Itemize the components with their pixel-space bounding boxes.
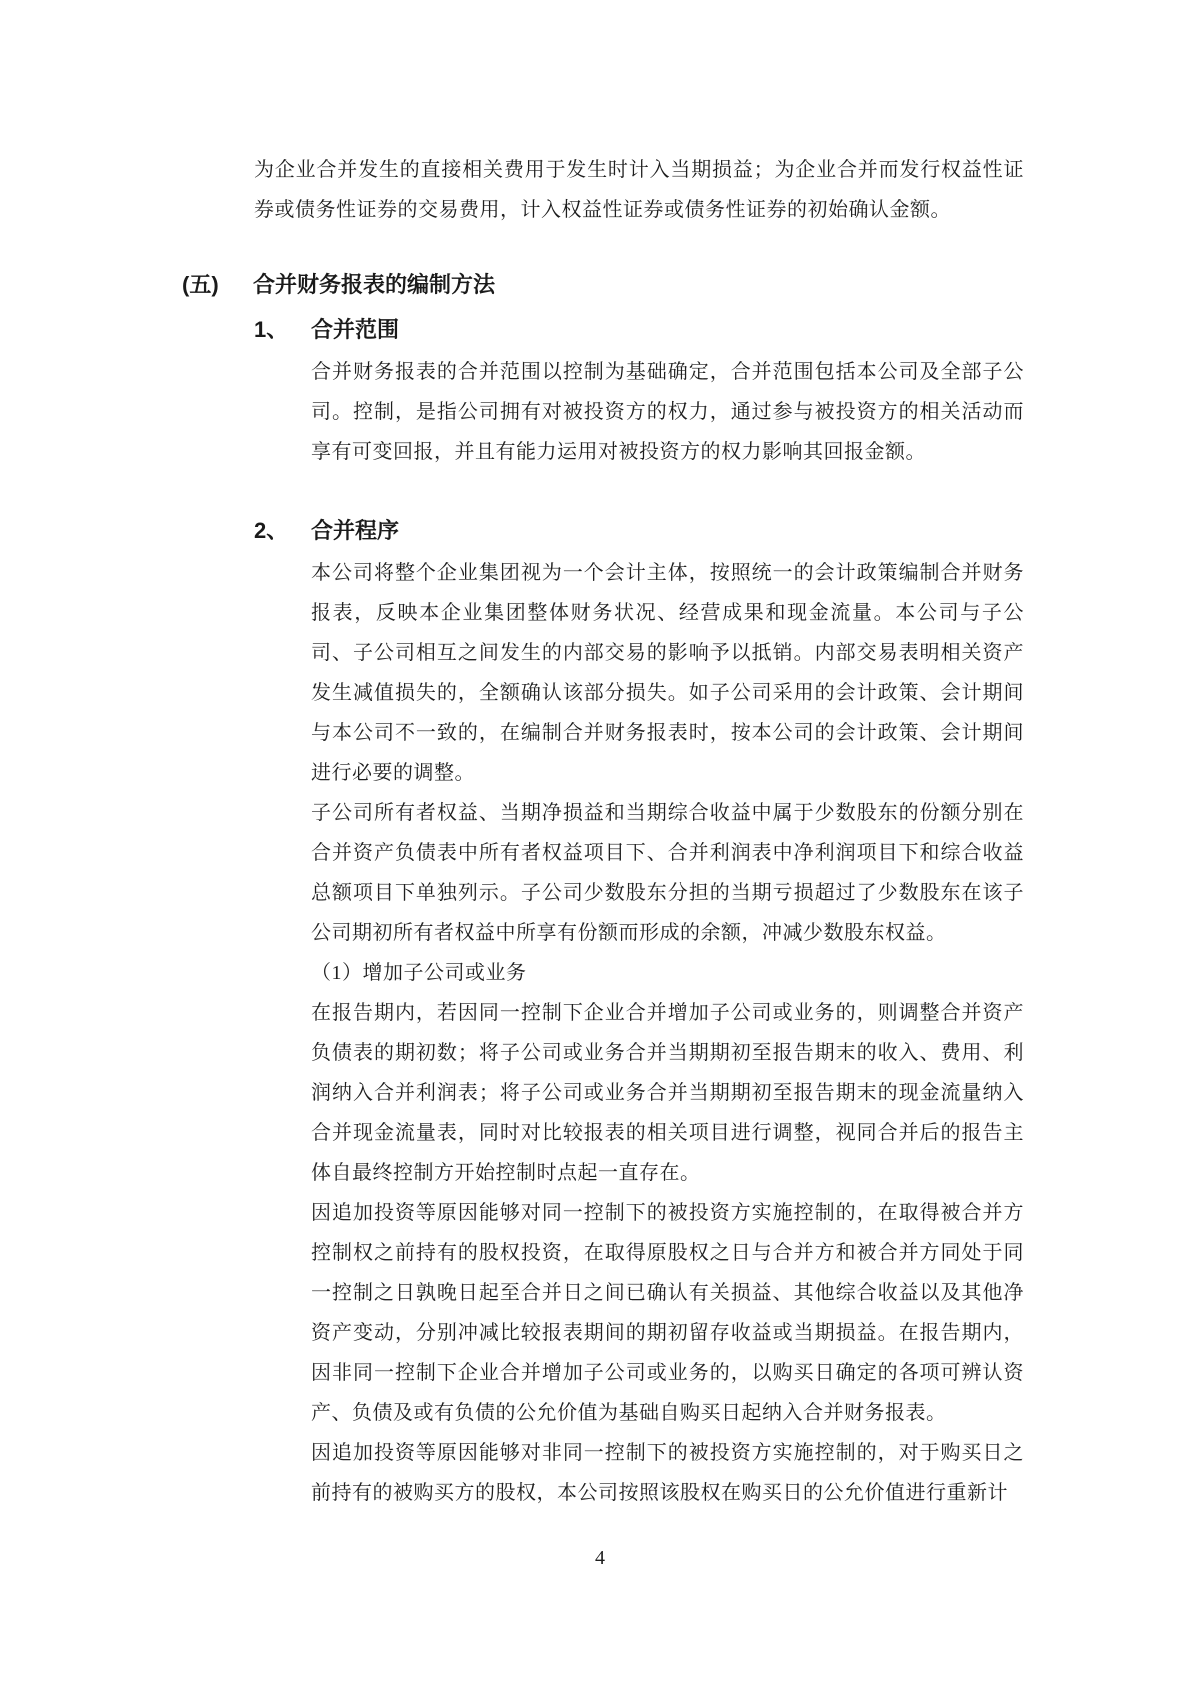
paragraph-list-label: （1）增加子公司或业务 <box>311 953 1024 993</box>
section-heading: (五) 合并财务报表的编制方法 <box>182 270 495 300</box>
subsection-1-title: 合并范围 <box>311 315 399 345</box>
paragraph: 本公司将整个企业集团视为一个会计主体，按照统一的会计政策编制合并财务报表，反映本… <box>311 553 1024 793</box>
subsection-1-heading: 1、 合并范围 <box>254 315 399 345</box>
intro-paragraph: 为企业合并发生的直接相关费用于发生时计入当期损益；为企业合并而发行权益性证券或债… <box>254 150 1024 230</box>
paragraph: 因追加投资等原因能够对非同一控制下的被投资方实施控制的，对于购买日之前持有的被购… <box>311 1433 1024 1513</box>
document-page: 为企业合并发生的直接相关费用于发生时计入当期损益；为企业合并而发行权益性证券或债… <box>0 0 1200 1697</box>
subsection-1-marker: 1、 <box>254 315 311 345</box>
paragraph: 因追加投资等原因能够对同一控制下的被投资方实施控制的，在取得被合并方控制权之前持… <box>311 1193 1024 1433</box>
subsection-2-heading: 2、 合并程序 <box>254 516 399 546</box>
paragraph: 在报告期内，若因同一控制下企业合并增加子公司或业务的，则调整合并资产负债表的期初… <box>311 993 1024 1193</box>
section-title: 合并财务报表的编制方法 <box>253 270 495 300</box>
page-number: 4 <box>0 1545 1200 1571</box>
section-marker: (五) <box>182 270 253 300</box>
subsection-2-body: 本公司将整个企业集团视为一个会计主体，按照统一的会计政策编制合并财务报表，反映本… <box>311 553 1024 1513</box>
subsection-2-title: 合并程序 <box>311 516 399 546</box>
paragraph: 子公司所有者权益、当期净损益和当期综合收益中属于少数股东的份额分别在合并资产负债… <box>311 793 1024 953</box>
subsection-1-body: 合并财务报表的合并范围以控制为基础确定，合并范围包括本公司及全部子公司。控制，是… <box>311 352 1024 472</box>
subsection-2-marker: 2、 <box>254 516 311 546</box>
